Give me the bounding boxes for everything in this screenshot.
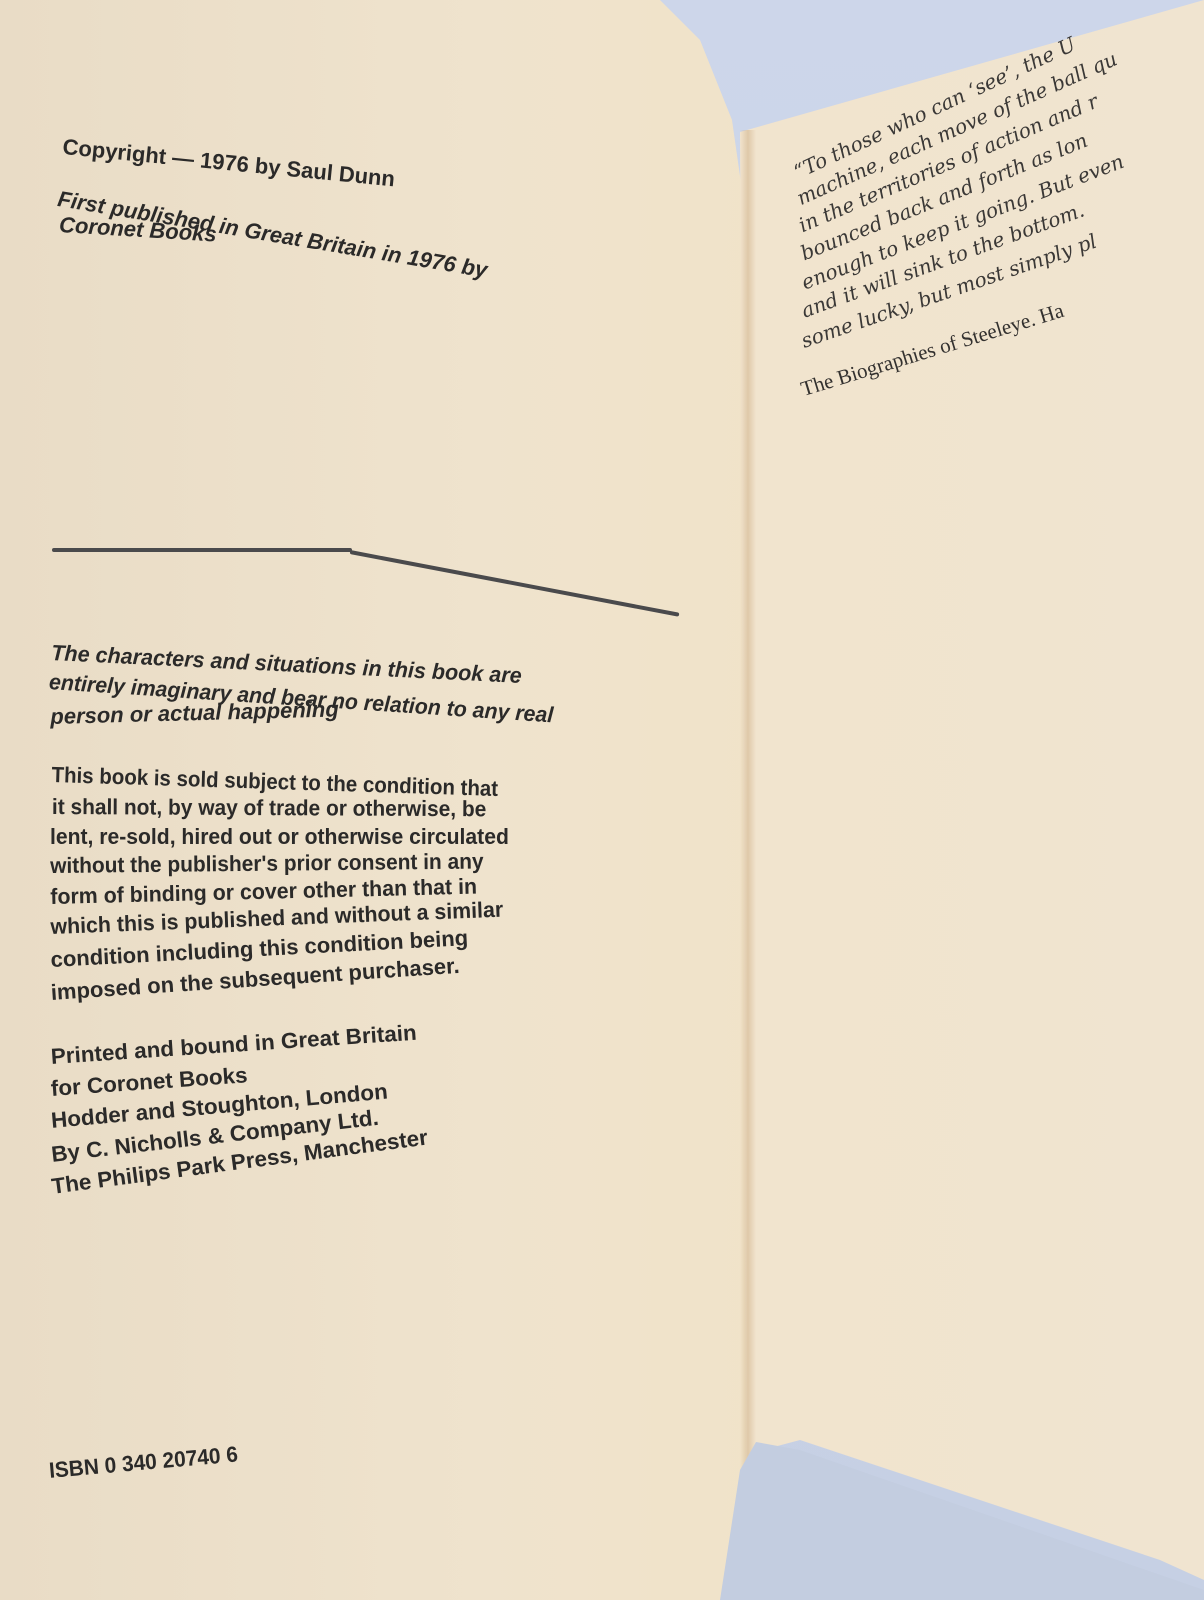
conditions-line-3: lent, re-sold, hired out or otherwise ci…: [50, 824, 509, 850]
conditions-line-2: it shall not, by way of trade or otherwi…: [52, 794, 486, 822]
book-gutter: [740, 130, 756, 1490]
divider-rule: [52, 548, 352, 552]
